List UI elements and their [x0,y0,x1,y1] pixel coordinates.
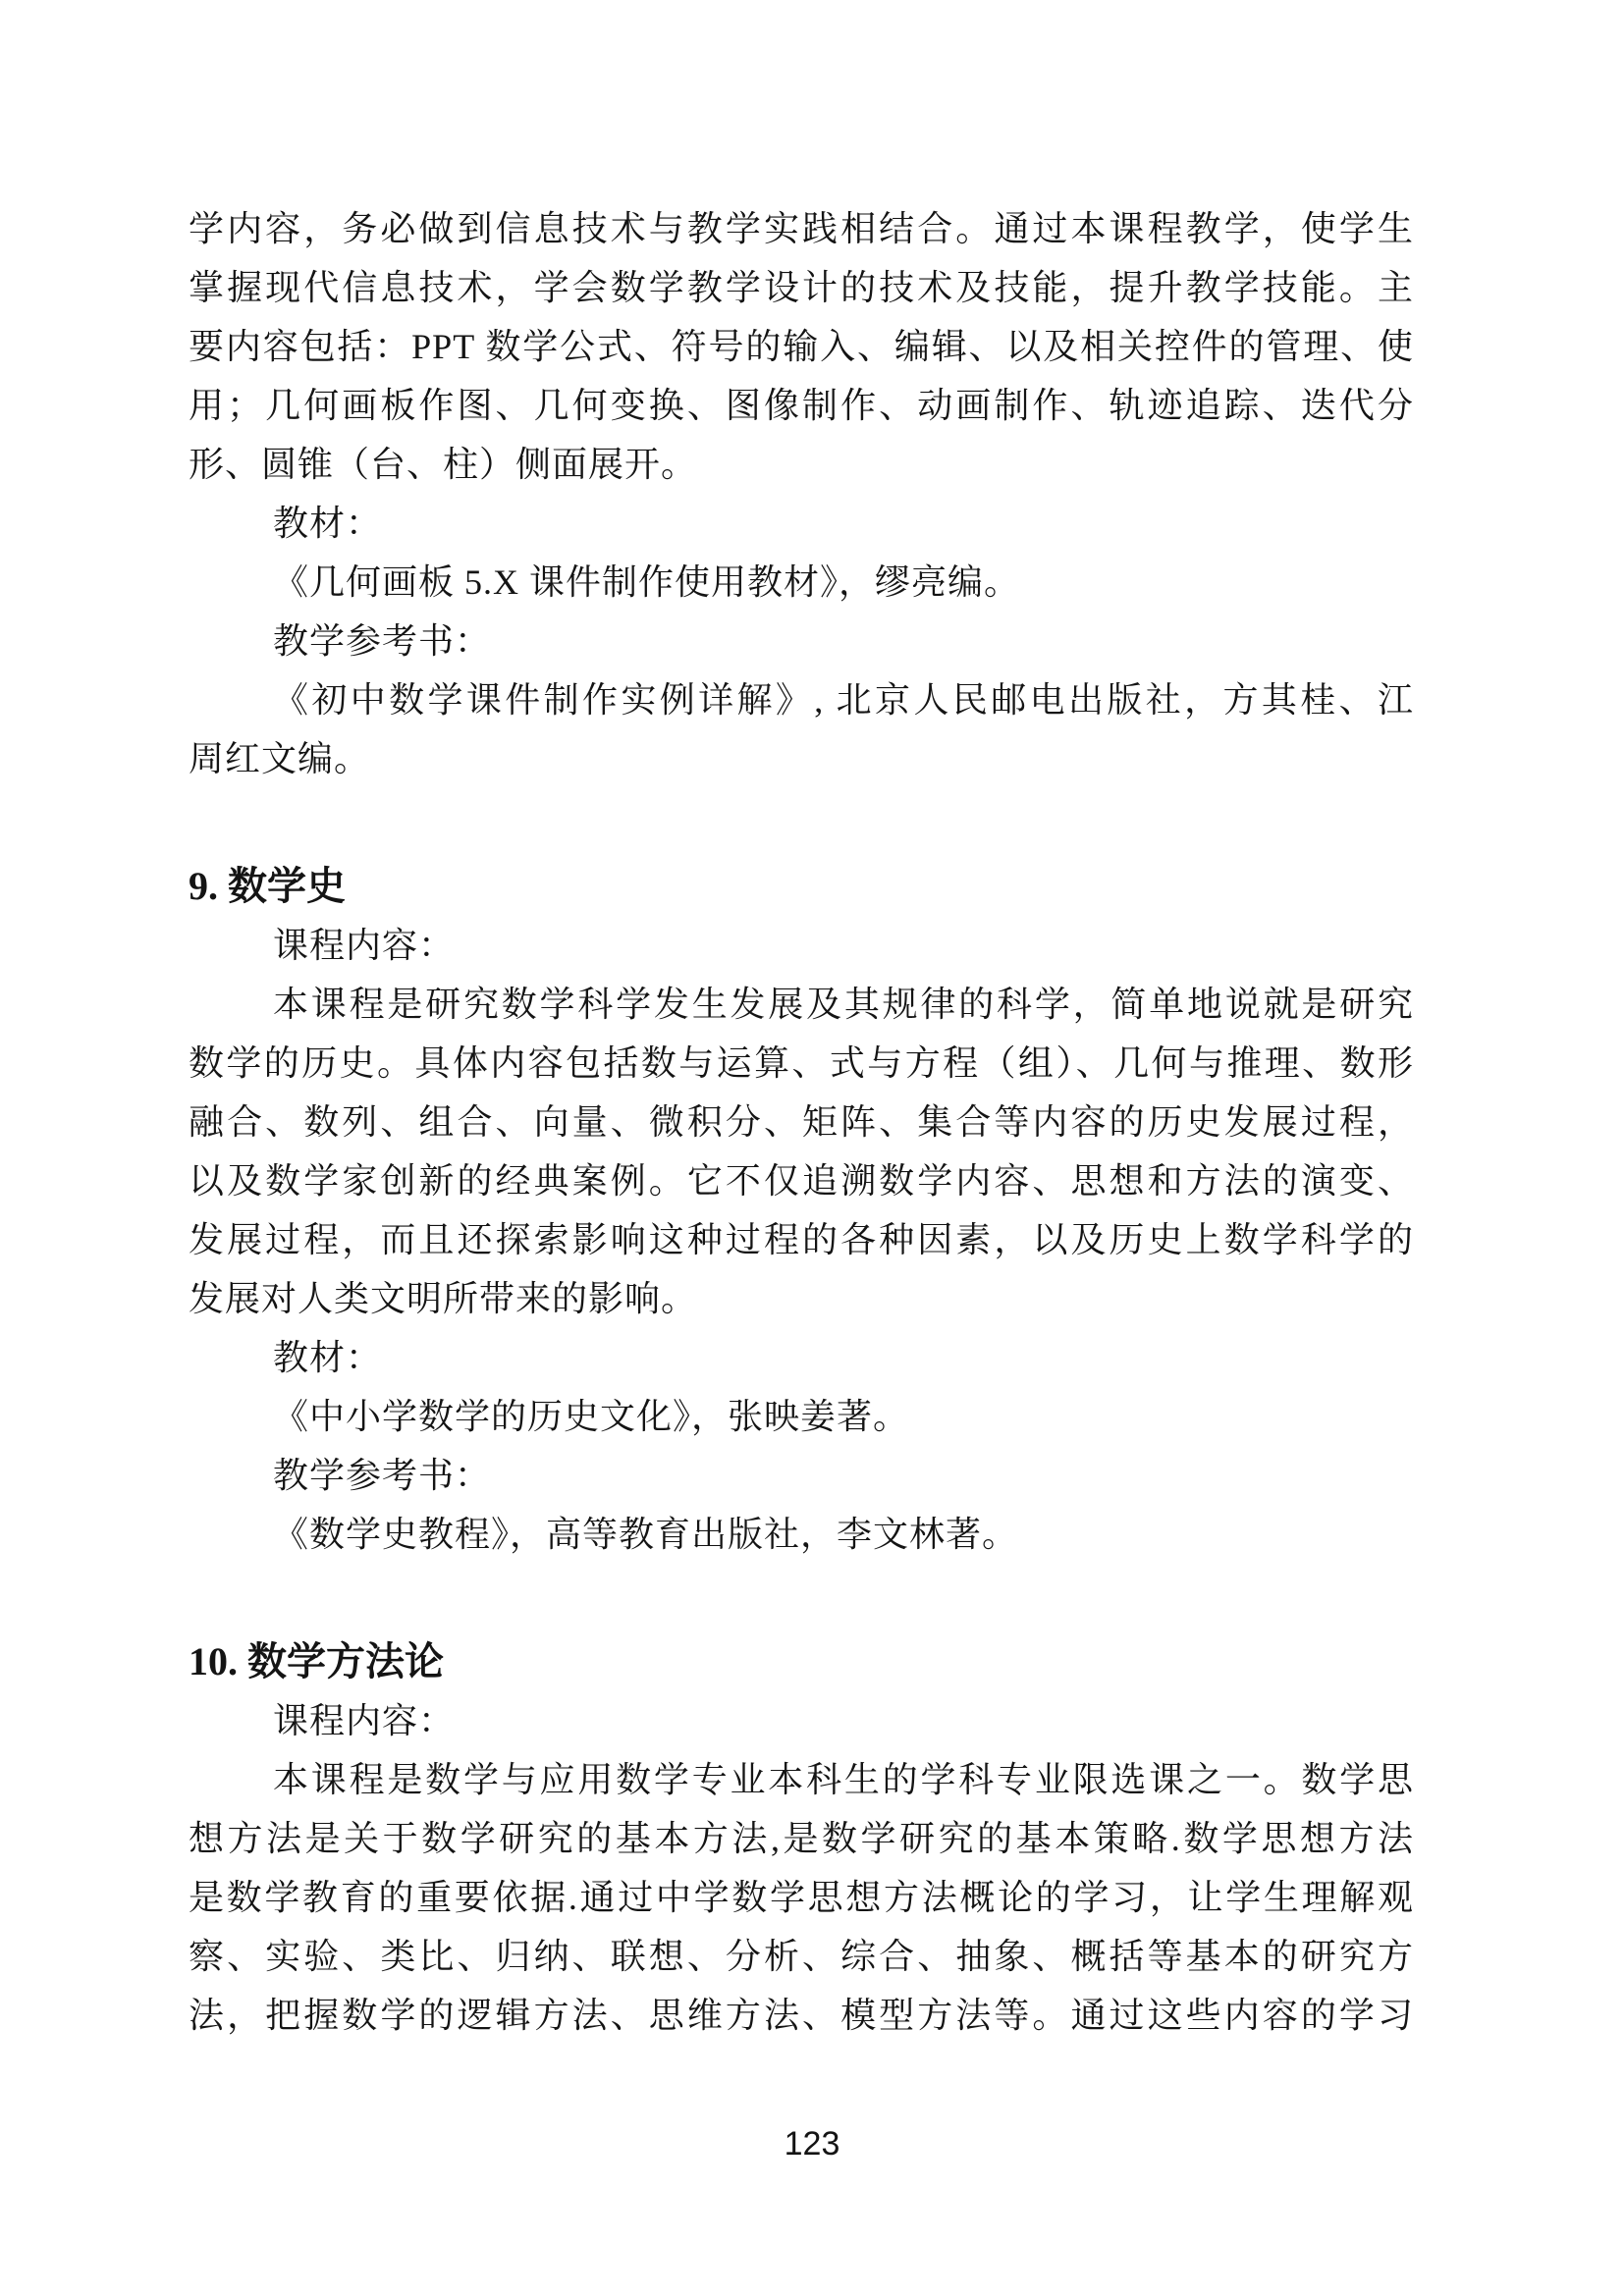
text-line: 形、圆锥（台、柱）侧面展开。 [189,435,1414,494]
text-line: 《初中数学课件制作实例详解》, 北京人民邮电出版社，方其桂、江浩、 [189,670,1414,729]
text-line: 《几何画板 5.X 课件制作使用教材》，缪亮编。 [189,553,1414,612]
text-line: 数学的历史。具体内容包括数与运算、式与方程（组）、几何与推理、数形 [189,1034,1414,1093]
text-line: 法，把握数学的逻辑方法、思维方法、模型方法等。通过这些内容的学习 [189,1986,1414,2045]
text-line: 《中小学数学的历史文化》，张映姜著。 [189,1387,1414,1446]
text-line: 要内容包括：PPT 数学公式、符号的输入、编辑、以及相关控件的管理、使 [189,317,1414,376]
text-line: 课程内容： [189,1691,1414,1750]
page-number: 123 [0,2124,1624,2163]
text-line: 周红文编。 [189,729,1414,788]
text-line: 发展过程，而且还探索影响这种过程的各种因素，以及历史上数学科学的 [189,1210,1414,1269]
text-line: 本课程是研究数学科学发生发展及其规律的科学，简单地说就是研究 [189,975,1414,1034]
text-line: 以及数学家创新的经典案例。它不仅追溯数学内容、思想和方法的演变、 [189,1151,1414,1210]
text-line: 教材： [189,494,1414,553]
text-line: 发展对人类文明所带来的影响。 [189,1269,1414,1328]
section-10-heading: 10. 数学方法论 [189,1632,1414,1691]
text-line: 教学参考书： [189,612,1414,670]
document-page: 学内容，务必做到信息技术与教学实践相结合。通过本课程教学，使学生掌握现代信息技术… [0,0,1624,2296]
text-line: 用；几何画板作图、几何变换、图像制作、动画制作、轨迹追踪、迭代分 [189,376,1414,435]
text-line: 教学参考书： [189,1446,1414,1505]
text-line: 课程内容： [189,916,1414,975]
text-line: 融合、数列、组合、向量、微积分、矩阵、集合等内容的历史发展过程， [189,1093,1414,1151]
text-line: 察、实验、类比、归纳、联想、分析、综合、抽象、概括等基本的研究方 [189,1927,1414,1986]
text-line: 《数学史教程》，高等教育出版社，李文林著。 [189,1505,1414,1564]
text-line: 教材： [189,1328,1414,1387]
text-block: 学内容，务必做到信息技术与教学实践相结合。通过本课程教学，使学生掌握现代信息技术… [189,199,1414,2045]
text-line: 掌握现代信息技术，学会数学教学设计的技术及技能，提升教学技能。主 [189,258,1414,317]
section-9-heading: 9. 数学史 [189,857,1414,916]
text-line: 学内容，务必做到信息技术与教学实践相结合。通过本课程教学，使学生 [189,199,1414,258]
text-line: 是数学教育的重要依据.通过中学数学思想方法概论的学习，让学生理解观 [189,1868,1414,1927]
text-line: 想方法是关于数学研究的基本方法,是数学研究的基本策略.数学思想方法 [189,1809,1414,1868]
text-line: 本课程是数学与应用数学专业本科生的学科专业限选课之一。数学思 [189,1750,1414,1809]
